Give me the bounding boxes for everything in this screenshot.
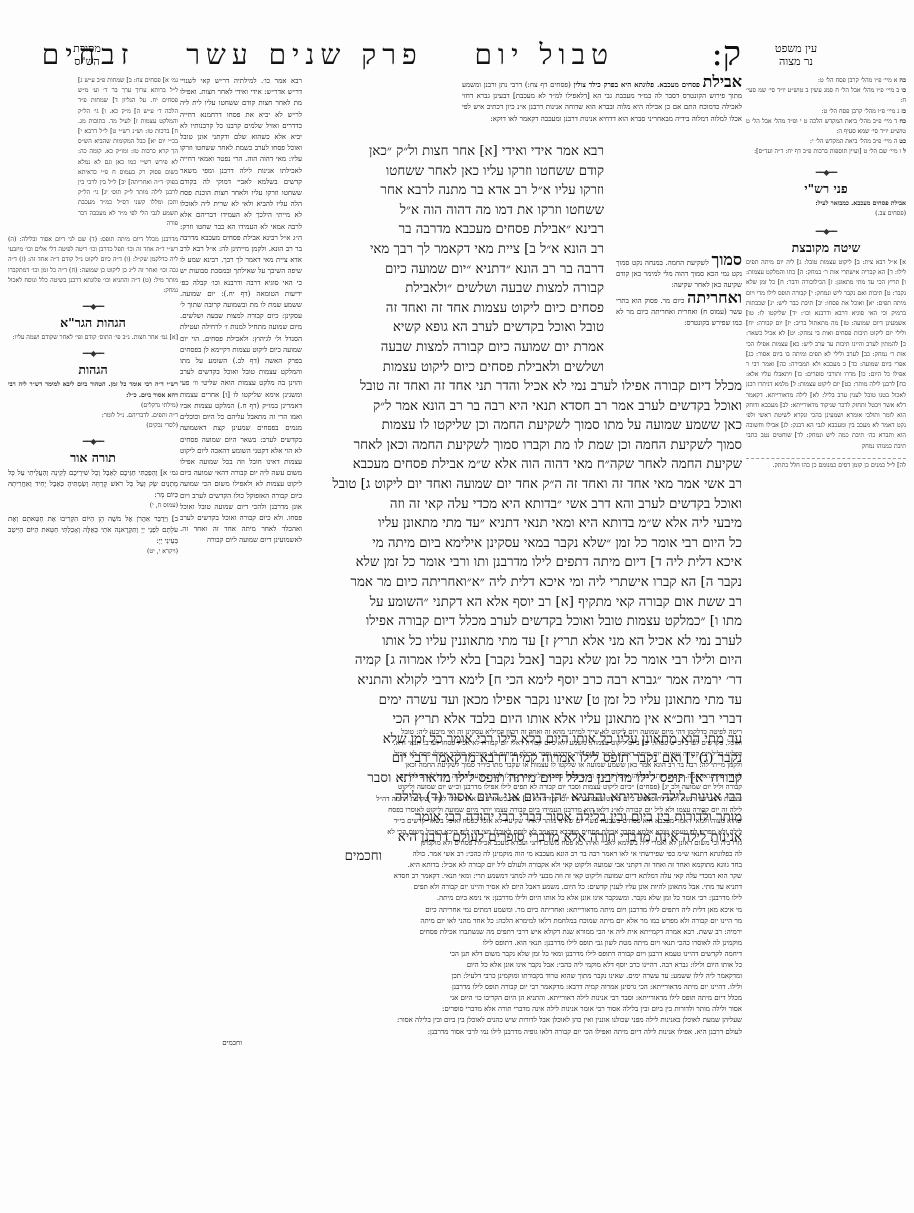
gemara-line: איכא דלית ליה ד] דיום מיתה דתפים לילו מד… [306,553,742,573]
commentary-line: לעולם דרבנן היא. אפילו אנינות לילה דיום … [182,1027,742,1038]
commentary-line: ואוכל. בקדשים לערב וכ״ש פסחו: יב] ביום ל… [182,738,742,749]
ein-mishpat-entry: כו ב מיי׳ פ״ו מהל׳ אבל הל׳ ח סמג עשין ב … [746,86,906,106]
ein-mishpat-entry: ל ו מיי׳ שם הל׳ ט [ועיין תוספות ברכות פ״… [746,147,906,157]
torah-or-title: תורה אור [8,450,178,466]
gemara-line: מיבעי ליה אלא ש״מ בדותא היא ומאי תנאי דת… [306,514,742,534]
commentary-line: שעליהן שמעת לאוכלן באנינות לילה מפני שכו… [182,1015,742,1026]
gemara-line: סמוך לשקיעת החמה וכן שמת לו מת וקברו סמו… [306,436,742,456]
commentary-line: גזרו ביה וכי משום דאונן לא ואמרי ליה בשל… [182,838,742,849]
gemara-line: לערב נמי לא אכיל הא מני אלא תריץ ז] עד מ… [306,632,742,652]
entry-text: ג מיי׳ פ״ו מהל׳ קרבן פסח הל׳ ט: [821,108,899,115]
pnei-rashi-body: אבילת פסחים מעכבא. כמבואר לעיל: [815,200,906,207]
gemara-narrow: רבא אמר אידי ואידי [א] אחר חצות ול״ק ״כא… [306,142,604,377]
masoret-column: גמ׳ א] פסחים צח: ב] שמחות פ״ב ע״ש ג] ל״ל… [8,76,178,557]
shitah-mekubetzet-title: שיטה מקובצת [746,240,906,256]
tosafot-spacer [616,158,742,254]
entry-text: א מיי׳ פ״ו מהל׳ קרבן פסח הל׳ ט: [818,77,898,84]
entry-text: ה מיי׳ פ״ב מהל׳ ביאת המקדש הל׳ י: [810,138,897,145]
tosafot-column: סמוך לשקיעת החמה. במנחה נקט סמוך נקט נמי… [616,158,742,329]
commentary-line: ירמיה: רב ששת. רבא אמרה דקמייתא אית ליה … [182,927,742,938]
entry-letter: כח [899,118,906,125]
pnei-rashi-title: פני רש"י [746,181,906,197]
rashi-column: רבא אמר כו׳. למילתיה דר״ש קאי לשנויי דר״… [180,76,302,546]
entry-letter: כט [899,138,906,145]
commentary-line: ומדקאמר ליה לילו ששמע: עד עשרה ימים. שאי… [182,971,742,982]
commentary-line: דתניא עד מתי. אבל מתאונן להיות אונן עליו… [182,882,742,893]
ein-mishpat-header: עין משפט נר מצוה [766,42,826,68]
masoret-header: מסורת הש"ס [52,42,122,68]
hagahot-ref: (מילתי נדקלים) [8,401,178,411]
entry-letter: כו [901,87,906,94]
bottom-commentary: ריטה לפיטה כדלקמן דהי מיום שמועה ויום לי… [182,727,742,1049]
gemara-line: כאן ששמע שמועה על מתו סמוך לשקיעת החמה ו… [306,416,742,436]
commentary-line: ריטה לפיטה כדלקמן דהי מיום שמועה ויום לי… [182,727,742,738]
gemara-line: עד מתי מתאונן עליו כל זמן ט] שאינו נקבר … [306,691,742,711]
gemara-line: רב ששת אום קבורה קאי מתקיף [א] רב יוסף א… [306,593,742,613]
gemara-line: רבינא ״אבילת פסחים מעכבא מדרבה בר [306,220,604,240]
commentary-line: אסור ולילה מותר ולדורות בין ביום ובין בל… [182,1004,742,1015]
commentary-line: לילה ולא מפרש לה טעמא טובא אלמא קסבר אבי… [182,827,742,838]
torah-or-verse-2: ב] וַיְדַבֵּר אַהֲרֹן אֶל מֹשֶׁה הֵן הַי… [8,514,178,547]
ein-mishpat-entry: כט ה מיי׳ פ״ב מהל׳ ביאת המקדש הל׳ י: [746,137,906,147]
footnote-divider [746,458,906,459]
commentary-line: מכלל דיום מיתה תופס לילו מדאורייתא: וסבר… [182,993,742,1004]
ein-mishpat-column: כה א מיי׳ פ״ו מהל׳ קרבן פסח הל׳ ט: כו ב … [746,76,906,471]
entry-text: ב מיי׳ פ״ו מהל׳ אבל הל׳ ח סמג עשין ב טוש… [746,87,906,104]
commentary-line: ולילו. דהיינו יום מיתה מדאורייתא: הכי גר… [182,982,742,993]
tosafot-dibbur-hamatchil: אבילת [703,72,742,91]
ein-mishpat-entry: כח ד מיי׳ פ״ב מהל׳ ביאת המקדש הלכה ט י ו… [746,117,906,137]
hagahot-title: הגהות [8,362,178,378]
pnei-rashi-text: אבילת פסחים מעכבא. כמבואר לעיל: [746,199,906,209]
daf-number: ק: [711,34,741,74]
gemara-line: קבורה למצות שבעה ושלשים ״ולאבילת [306,279,604,299]
page-title: טבול יום פרק שנים עשר זבחים [42,38,614,72]
gemara-line: מתו ו] ״כמלקט עצמות טובל ואוכל בקדשים לע… [306,612,742,632]
ein-mishpat-entry: כה א מיי׳ פ״ו מהל׳ קרבן פסח הל׳ ט: [746,76,906,86]
commentary-line: מי איכא מאן דלית ליה דתפים לילו מדרבנן ו… [182,905,742,916]
tosafot-dibbur-veachritah: ואחריתה [687,288,742,307]
commentary-line: ולקמן מייתי לה: רבה בר רב הונא אמר כאן ש… [182,760,742,771]
masoret-label: מסורת [52,42,122,55]
hagahot-ref-2: (לסרי נכקים) [8,421,178,431]
gemara-line: דר׳ ירמיה אמר ״גברא רבה כרב יוסף לימא הכ… [306,671,742,691]
commentary-line: קבורה וליל יום שמועה ולכ יג] (פסחים) ״כי… [182,782,742,793]
gemara-line: פסחים כיום ליקוט עצמות אחד זה ואחד זה [306,299,604,319]
gemara-line: דרבה בר רב הונא ״דתניא ״יום שמועה כיום [306,260,604,280]
commentary-line: דיחמה לקדשים דהיינו טעמא דרבנן ויום קבור… [182,949,742,960]
gemara-line: ושלשים ולאבילת פסחים כיום ליקוט עצמות [306,358,604,378]
ein-mishpat-entry: כז ג מיי׳ פ״ו מהל׳ קרבן פסח הל׳ ט: [746,107,906,117]
commentary-line: לה כפלוגתא דתנאי ש״מ כפי שפירשתי אי לאו … [182,849,742,860]
commentary-catchword: וחכמים [182,1038,742,1049]
gemara-line: טובל ואוכל בקדשים לערב הא גופא קשיא [306,318,604,338]
gemara-line: ששחטו וזרקו את דמו מה דהוה הוה א״ל [306,201,604,221]
commentary-line: לאחר שקיעת החמה. סיפא דקתני בכולהו אוכל … [182,771,742,782]
ornament-divider: ━━◆━━ [8,349,178,358]
hagahot-hagra-text: [א] גמ׳ אחר חצות. נ״ב פי׳ התוס׳ קודם ופי… [8,333,178,343]
torah-or-ref-2: (ויקרא י, יט) [8,547,178,557]
shitah-footnote: לה] ל״ל כמנים כן קומן דסים כמנומם כן כהו… [746,461,906,471]
masoret-hashas-text: גמ׳ א] פסחים צח: ב] שמחות פ״ב ע״ש ג] ל״ל… [78,76,178,229]
gemara-line: וזרקו עליו א״ל רב אדא בר מתנה לרבא אחר [306,181,604,201]
hashas-label: הש"ס [52,55,122,68]
shitah-mekubetzet-text: א] א״ל רבא צית: ב] ליקוט עצמות טובל: ג] … [746,258,906,452]
commentary-line: כל אותו היום ולילו: גברא רבה. דהיינו כרב… [182,960,742,971]
title-masechet-chapter-name: טבול יום [474,38,614,71]
ornament-divider: ━━◆━━ [8,302,178,311]
commentary-line: לילה זה יום קבורה עצמו ולא ליל יום קבורה… [182,805,742,816]
gemara-line: נקבר ה] הא קברו אישתרי ליה ומי איכא דלית… [306,573,742,593]
gemara-line: כל היום רבי אומר כל זמן ״שלא נקבר במאי ע… [306,534,742,554]
tosafot-dibbur-samuch: סמוך [711,250,742,269]
gemara-line: שקיעת החמה לאחר שקה״ח מאי דהוה הוה אלא ש… [306,455,742,475]
entry-letter: כז [901,108,906,115]
hagahot-hagra-title: הגהות הגר"א [8,315,178,331]
commentary-line: עצמות והא דתני רישא ולאבילת פסחים כיום ל… [182,794,742,805]
commentary-line: מר היינו יום קבורה ולא מפרש כמו מר אלא י… [182,916,742,927]
rashi-text: רבא אמר כו׳. למילתיה דר״ש קאי לשנויי דר״… [180,76,302,546]
gemara-line: רב אשי אמר מאי אחד זה ואחד זה ה״ק אחד יו… [306,475,742,495]
tosafot-intro: פסחים מעכבא. פלוגתא היא בפרק כילד צולין [574,80,700,89]
gemara-line: אמרת יום שמועה כיום קבורה למצות שבעה [306,338,604,358]
hagahot-habach-text: מדרבנן מכלל דיום מיתה תופס: (ד) שם לגי ד… [8,235,178,296]
commentary-line: מוקמינן לה לאוסרו כהכי תנאי ויום מיתה מט… [182,938,742,949]
entry-letter: ל [903,148,906,155]
entry-text: ד מיי׳ פ״ב מהל׳ ביאת המקדש הלכה ט י ופ״ד… [746,118,906,135]
ornament-divider: ━━◆━━ [746,168,906,177]
entry-letter: כה [899,77,906,84]
hagahot-text: רש״י ד״ה רבי אומר כל זמן. הטהור ביום ליב… [8,380,178,400]
pnei-rashi-ref: (פסחים צב.) [746,209,906,219]
ner-mitzvah-label: נר מצוה [766,55,826,68]
commentary-line: דפליגי בליל יום קבורה שאינה יום מיתה דאי… [182,749,742,760]
ornament-divider: ━━◆━━ [746,227,906,236]
gemara-line: מכלל דיום קבורה אפילו לערב נמי לא אכיל ו… [306,377,742,397]
gemara-line: ואוכל בקדשים לערב והא דרב אשי ״בדותא היא… [306,495,742,515]
commentary-line: בחד גוונא מתוקמא ואחד זה ואחד זה דקתני א… [182,860,742,871]
tosafot-ref: (פסחים דף צח:) [525,81,571,89]
ornament-divider: ━━◆━━ [8,437,178,446]
tosafot-veachritah: ואחריתה כיום מר. פסוק הוא בתרי עשר (עמוס… [616,292,742,330]
hagahot-text-2: ד״ה ותפים. לדבריהם. נ״ל לומר: [8,411,178,421]
torah-or-ref-1: (עמוס ח, י) [8,501,178,511]
gemara-line: ואוכל בקדשים לערב אמר רב חסדא תנאי היא ר… [306,397,742,417]
ein-mishpat-label: עין משפט [766,42,826,55]
gemara-line: קודם ששחטו וזרקו עליו כאן לאחר ששחטו [306,162,604,182]
tosafot-samuch: סמוך לשקיעת החמה. במנחה נקט סמוך נקט נמי… [616,254,742,292]
gemara-line: רבא אמר אידי ואידי [א] אחר חצות ול״ק ״כא… [306,142,604,162]
entry-text: ו מיי׳ שם הל׳ ט [ועיין תוספות ברכות פ״ב … [754,148,901,155]
commentary-line: שקר הוא דמכדי עלה קאי עלה דמלתא דיום שמו… [182,871,742,882]
tosafot-top: אבילת פסחים מעכבא. פלוגתא היא בפרק כילד … [462,76,742,125]
gemara-line: רב הונא א״ל ב] ציית מאי דקאמר לך רבך מאי [306,240,604,260]
gemara-line: היום ולילו רבי אומר כל זמן שלא נקבר [אבל… [306,651,742,671]
commentary-line: שהוא מצוה ולמאי דאמר מעכבא הוא פסחים בשב… [182,816,742,827]
title-chapter-number: פרק שנים עשר [186,38,422,71]
torah-or-verse-1: גמ׳ א] וְהָפַכְתִּי חַגֵּיכֶם לְאֵבֶל וְ… [8,468,178,501]
commentary-line: לילו מדרבנן: רבי אומר כל זמן שלא נקבר. ו… [182,893,742,904]
